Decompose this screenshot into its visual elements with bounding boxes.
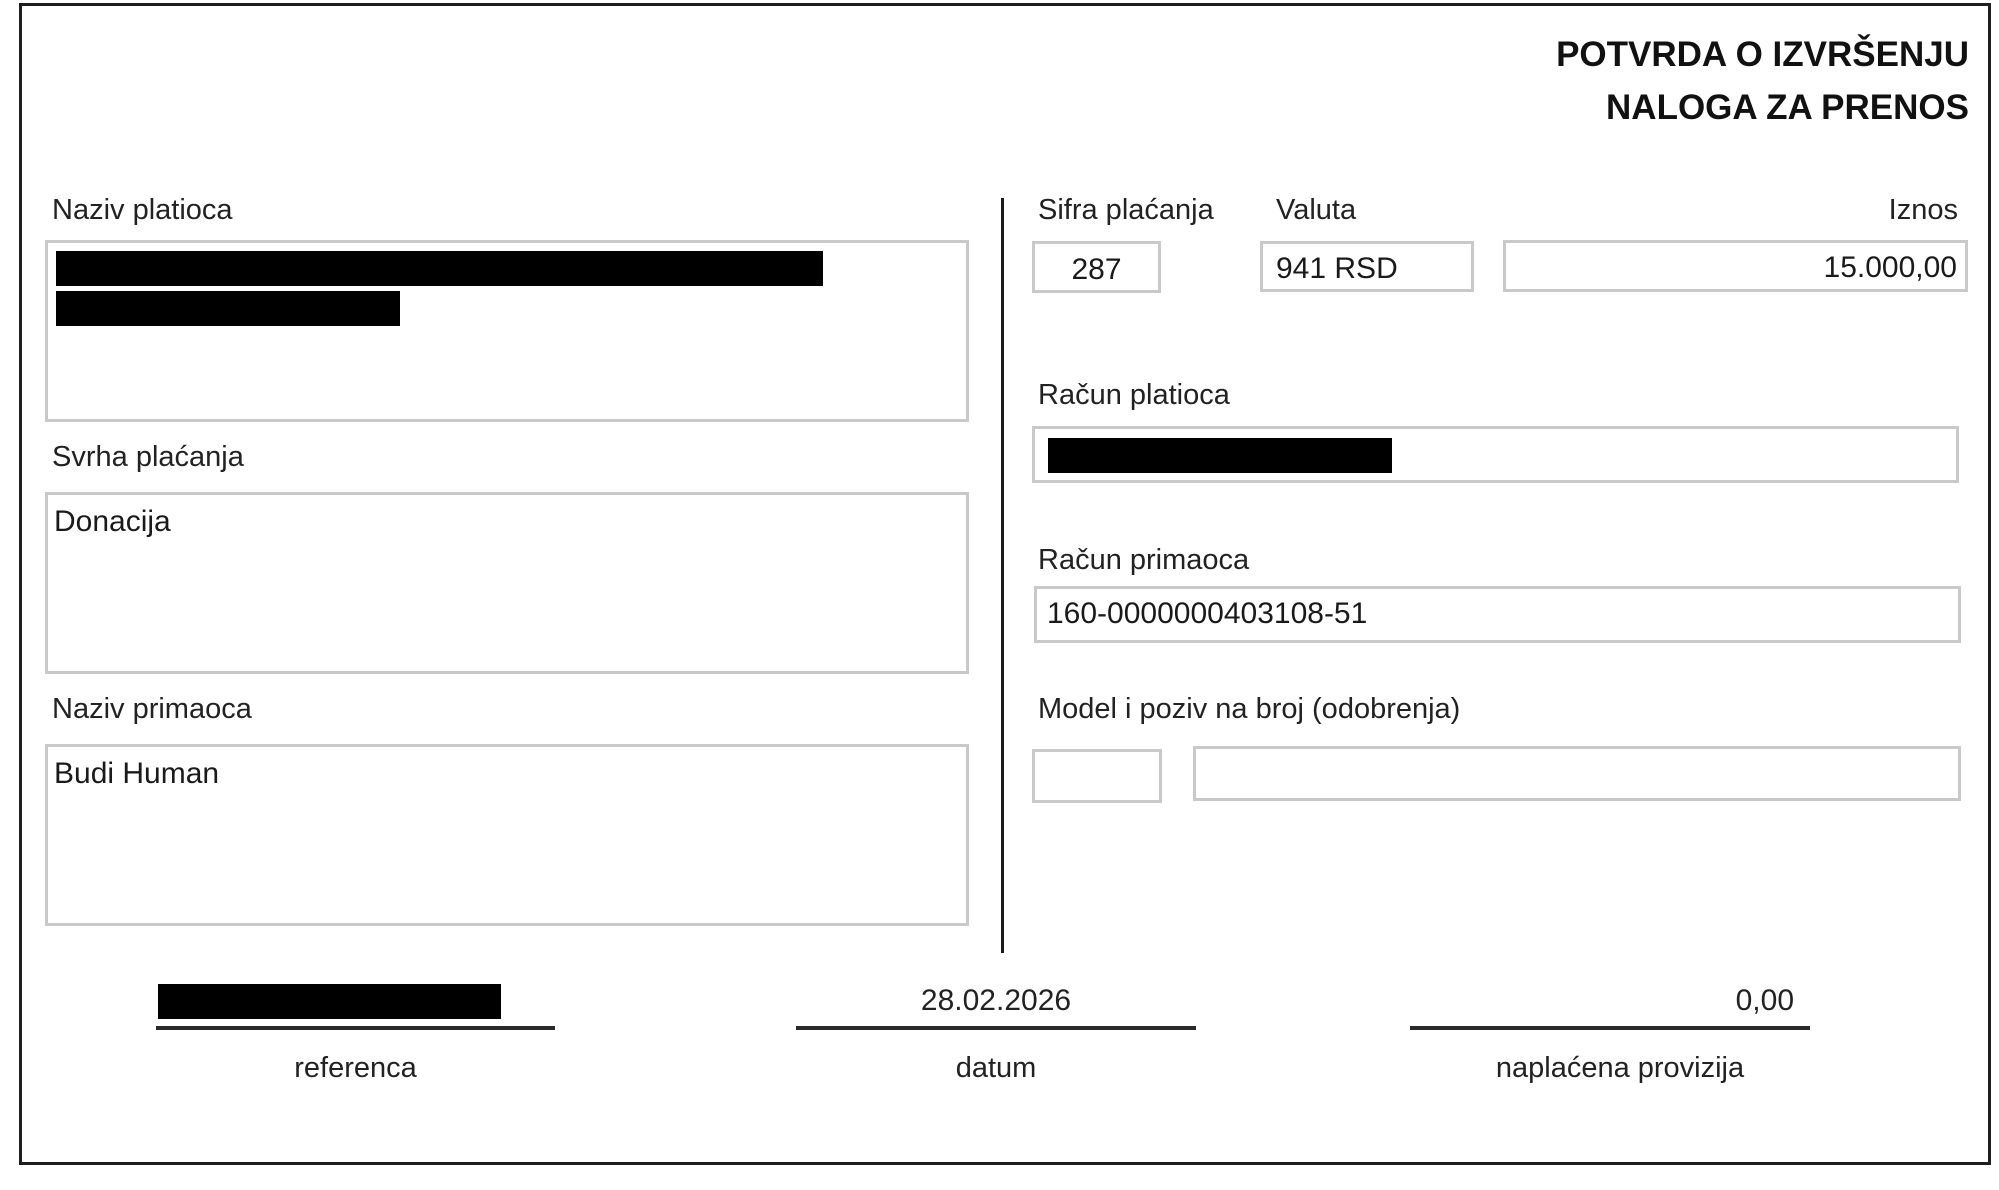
currency-label: Valuta <box>1276 194 1356 227</box>
column-divider <box>1001 198 1004 953</box>
purpose-value: Donacija <box>54 505 171 539</box>
payer-name-field <box>45 240 969 422</box>
payer-name-label: Naziv platioca <box>52 194 233 227</box>
date-underline <box>796 1026 1196 1030</box>
title-line-2: NALOGA ZA PRENOS <box>1556 81 1969 134</box>
amount-value: 15.000,00 <box>1824 251 1957 285</box>
amount-field: 15.000,00 <box>1503 240 1968 292</box>
date-label: datum <box>796 1052 1196 1085</box>
payment-code-label: Sifra plaćanja <box>1038 194 1214 227</box>
fee-value: 0,00 <box>1410 984 1794 1018</box>
amount-label: Iznos <box>1889 194 1958 227</box>
payer-account-label: Račun platioca <box>1038 379 1230 412</box>
fee-label: naplaćena provizija <box>1420 1052 1820 1085</box>
reference-underline <box>156 1026 555 1030</box>
title-line-1: POTVRDA O IZVRŠENJU <box>1556 28 1969 81</box>
reference-number-field <box>1193 746 1961 801</box>
model-field <box>1032 749 1162 803</box>
model-reference-label: Model i poziv na broj (odobrenja) <box>1038 693 1460 726</box>
recipient-account-field: 160-0000000403108-51 <box>1034 586 1961 643</box>
fee-underline <box>1410 1026 1810 1030</box>
payer-account-field <box>1032 426 1959 483</box>
redacted-payer-name-line-1 <box>56 251 823 286</box>
date-value: 28.02.2026 <box>796 984 1196 1018</box>
recipient-name-value: Budi Human <box>54 757 219 791</box>
reference-label: referenca <box>156 1052 555 1085</box>
currency-value: 941 RSD <box>1276 252 1398 286</box>
payment-code-value: 287 <box>1035 253 1158 287</box>
recipient-account-value: 160-0000000403108-51 <box>1047 597 1367 631</box>
purpose-field: Donacija <box>45 492 969 674</box>
redacted-reference <box>158 984 501 1019</box>
redacted-payer-account <box>1048 438 1392 473</box>
purpose-label: Svrha plaćanja <box>52 441 244 474</box>
redacted-payer-name-line-2 <box>56 291 400 326</box>
currency-field: 941 RSD <box>1260 241 1474 292</box>
recipient-name-field: Budi Human <box>45 744 969 926</box>
document-title: POTVRDA O IZVRŠENJU NALOGA ZA PRENOS <box>1556 28 1969 134</box>
recipient-account-label: Račun primaoca <box>1038 544 1249 577</box>
recipient-name-label: Naziv primaoca <box>52 693 252 726</box>
payment-code-field: 287 <box>1032 241 1161 293</box>
